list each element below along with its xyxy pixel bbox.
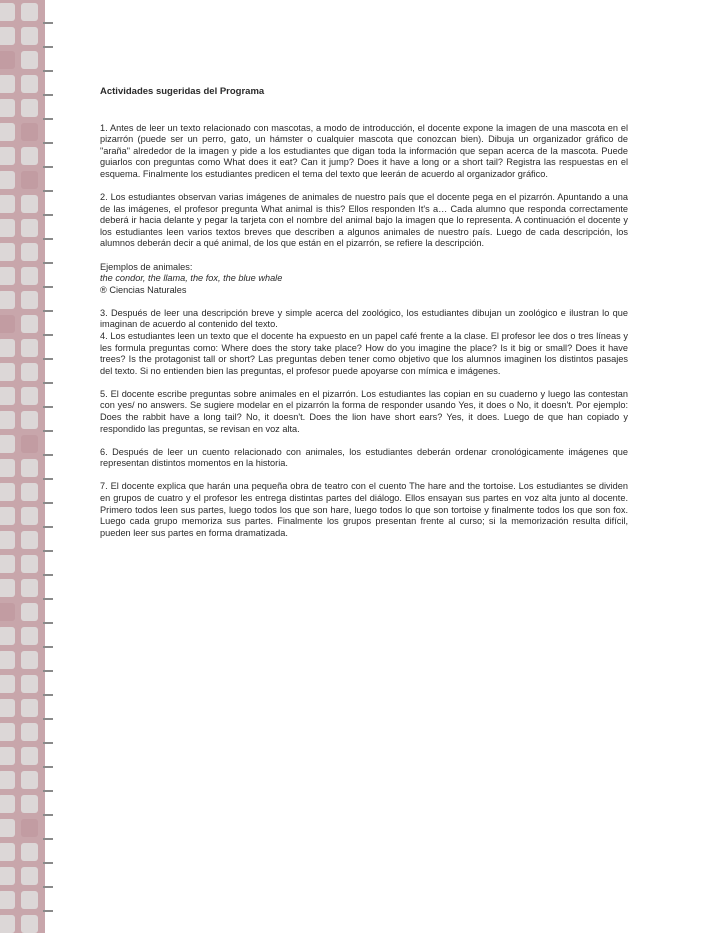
strip-tick [43,598,53,600]
strip-tick [43,670,53,672]
strip-tick [43,310,53,312]
strip-cell [21,51,38,69]
document-page: Actividades sugeridas del Programa 1. An… [100,86,628,551]
strip-cell [0,435,15,453]
strip-cell [21,411,38,429]
strip-cell [0,771,15,789]
strip-cell [0,459,15,477]
strip-tick [43,814,53,816]
strip-tick [43,478,53,480]
strip-tick [43,406,53,408]
strip-tick [43,550,53,552]
strip-tick [43,262,53,264]
strip-cell [21,243,38,261]
strip-cell [0,483,15,501]
strip-cell [0,99,15,117]
strip-cell [0,651,15,669]
strip-tick [43,214,53,216]
strip-cell [0,843,15,861]
strip-cell [21,723,38,741]
activity-2: 2. Los estudiantes observan varias imáge… [100,192,628,250]
strip-tick [43,838,53,840]
strip-cell [0,891,15,909]
strip-cell [21,123,38,141]
strip-cell [0,747,15,765]
strip-cell [21,75,38,93]
strip-cell [0,243,15,261]
strip-tick [43,910,53,912]
strip-cell [0,219,15,237]
strip-cell [21,3,38,21]
strip-cell [21,579,38,597]
strip-cell [0,915,15,933]
strip-cell [0,819,15,837]
examples-list: the condor, the llama, the fox, the blue… [100,273,628,285]
strip-cell [21,699,38,717]
strip-cell [0,675,15,693]
strip-cell [0,291,15,309]
strip-tick [43,22,53,24]
strip-tick [43,142,53,144]
strip-cell [21,435,38,453]
strip-cell [0,51,15,69]
strip-cell [0,411,15,429]
document-title: Actividades sugeridas del Programa [100,86,628,98]
strip-cell [0,867,15,885]
strip-cell [0,699,15,717]
strip-cell [0,363,15,381]
strip-cell [21,339,38,357]
examples-label: Ejemplos de animales: [100,262,628,274]
strip-cell [21,795,38,813]
strip-tick [43,862,53,864]
strip-tick [43,166,53,168]
strip-cell [21,771,38,789]
strip-cell [21,651,38,669]
strip-cell [21,363,38,381]
strip-cell [21,747,38,765]
strip-tick [43,886,53,888]
strip-cell [21,171,38,189]
strip-cell [21,843,38,861]
strip-cell [0,267,15,285]
strip-cell [21,675,38,693]
strip-cell [21,603,38,621]
activity-4: 4. Los estudiantes leen un texto que el … [100,331,628,377]
strip-cell [0,579,15,597]
strip-cell [21,315,38,333]
activity-6: 6. Después de leer un cuento relacionado… [100,447,628,470]
decorative-notebook-strip [0,0,45,933]
examples-note: ® Ciencias Naturales [100,285,628,297]
strip-cell [21,507,38,525]
strip-tick [43,742,53,744]
strip-tick [43,334,53,336]
strip-tick [43,430,53,432]
strip-tick [43,382,53,384]
activity-3: 3. Después de leer una descripción breve… [100,308,628,331]
strip-cell [0,507,15,525]
strip-cell [21,195,38,213]
strip-tick [43,190,53,192]
strip-cell [21,531,38,549]
strip-tick [43,622,53,624]
strip-cell [21,483,38,501]
strip-tick [43,94,53,96]
strip-cell [21,147,38,165]
strip-cell [21,915,38,933]
strip-tick [43,70,53,72]
strip-tick [43,454,53,456]
strip-tick [43,790,53,792]
strip-cell [0,387,15,405]
strip-cell [21,219,38,237]
strip-cell [0,171,15,189]
strip-cell [21,867,38,885]
strip-cell [21,891,38,909]
strip-cell [0,339,15,357]
strip-cell [0,123,15,141]
strip-cell [21,291,38,309]
strip-tick [43,526,53,528]
strip-tick [43,694,53,696]
strip-cell [0,795,15,813]
strip-tick [43,46,53,48]
strip-cell [0,723,15,741]
strip-cell [0,147,15,165]
strip-cell [0,27,15,45]
strip-cell [21,819,38,837]
strip-cell [0,195,15,213]
strip-cell [21,267,38,285]
strip-cell [21,459,38,477]
strip-cell [21,555,38,573]
strip-cell [0,603,15,621]
strip-cell [21,387,38,405]
strip-tick [43,718,53,720]
strip-cell [0,555,15,573]
strip-cell [21,99,38,117]
strip-cell [0,627,15,645]
activity-7: 7. El docente explica que harán una pequ… [100,481,628,539]
strip-tick [43,646,53,648]
strip-cell [21,27,38,45]
strip-tick [43,358,53,360]
strip-cell [21,627,38,645]
strip-cell [0,531,15,549]
strip-cell [0,315,15,333]
strip-cell [0,3,15,21]
strip-tick [43,766,53,768]
strip-tick [43,238,53,240]
examples-block: Ejemplos de animales: the condor, the ll… [100,262,628,297]
strip-tick [43,574,53,576]
activity-1: 1. Antes de leer un texto relacionado co… [100,123,628,181]
strip-tick [43,502,53,504]
strip-tick [43,286,53,288]
activity-5: 5. El docente escribe preguntas sobre an… [100,389,628,435]
strip-tick [43,118,53,120]
strip-cell [0,75,15,93]
